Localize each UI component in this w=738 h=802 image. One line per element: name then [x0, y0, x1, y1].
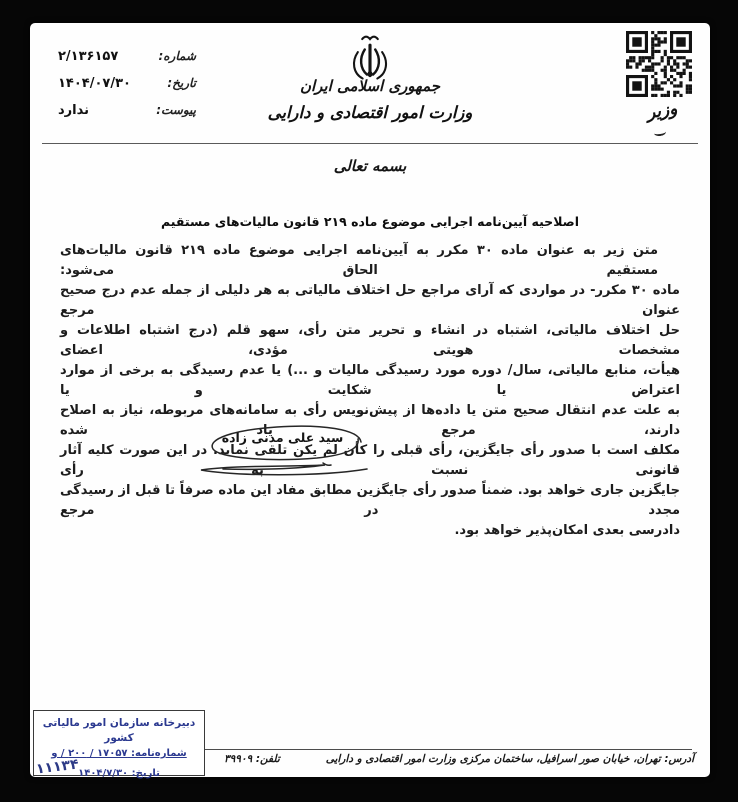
number-label: شماره:	[158, 49, 196, 63]
body-line: هیأت، منابع مالیاتی، سال/ دوره مورد رسید…	[60, 361, 680, 401]
qr-code	[626, 31, 692, 97]
letter-subject: اصلاحیه آیین‌نامه اجرایی موضوع ماده ۲۱۹ …	[30, 214, 710, 229]
body-line: مکلف است با صدور رأی جایگزین، رأی قبلی ر…	[60, 441, 680, 481]
body-line: جایگزین جاری خواهد بود. ضمناً صدور رأی ج…	[60, 481, 680, 521]
footer: آدرس: تهران، خیابان صور اسرافیل، ساختمان…	[210, 753, 694, 765]
meta-row-attachment: پیوست: ندارد	[58, 103, 196, 118]
attachment-label: پیوست:	[156, 103, 196, 117]
date-label: تاریخ:	[167, 76, 196, 90]
letter-page: جمهوری اسلامی ایران وزارت امور اقتصادی و…	[30, 23, 710, 777]
number-value: ۲/۱۳۶۱۵۷	[58, 49, 118, 64]
signature-block: سید علی مدنی زاده	[195, 421, 370, 487]
meta-row-number: شماره: ۲/۱۳۶۱۵۷	[58, 49, 196, 64]
stamp-date-row: تاریخ: ۱۴۰۴/۷/۳۰ ۱۱۱۳۴	[34, 761, 204, 779]
stamp-date: تاریخ: ۱۴۰۴/۷/۳۰	[78, 768, 160, 779]
attachment-value: ندارد	[58, 103, 89, 118]
iran-emblem-icon	[344, 33, 396, 79]
meta-row-date: تاریخ: ۱۴۰۴/۰۷/۳۰	[58, 76, 196, 91]
basmala: بسمه تعالی	[30, 157, 710, 175]
body-line: به علت عدم انتقال صحیح متن یا داده‌ها از…	[60, 401, 680, 441]
body-line: ماده ۳۰ مکرر- در مواردی که آرای مراجع حل…	[60, 281, 680, 321]
date-value: ۱۴۰۴/۰۷/۳۰	[58, 76, 131, 91]
stamp-org: دبیرخانه سازمان امور مالیاتی کشور	[34, 716, 204, 746]
letter-body: متن زیر به عنوان ماده ۳۰ مکرر به آیین‌نا…	[60, 241, 680, 541]
pen-flourish	[654, 128, 667, 137]
body-line: متن زیر به عنوان ماده ۳۰ مکرر به آیین‌نا…	[60, 241, 680, 281]
signer-name: سید علی مدنی زاده	[195, 430, 370, 445]
body-line: حل اختلاف مالیاتی، اشتباه در انشاء و تحر…	[60, 321, 680, 361]
header-divider	[42, 143, 698, 144]
footer-phone: تلفن: ۳۹۹۰۹	[210, 753, 280, 765]
footer-address: آدرس: تهران، خیابان صور اسرافیل، ساختمان…	[326, 753, 694, 765]
secretariat-stamp: دبیرخانه سازمان امور مالیاتی کشور شماره‌…	[33, 710, 205, 776]
footer-divider	[205, 749, 692, 750]
letter-meta: شماره: ۲/۱۳۶۱۵۷ تاریخ: ۱۴۰۴/۰۷/۳۰ پیوست:…	[58, 49, 196, 130]
scanned-letter: جمهوری اسلامی ایران وزارت امور اقتصادی و…	[0, 0, 738, 802]
body-line: دادرسی بعدی امکان‌پذیر خواهد بود.	[60, 521, 680, 541]
